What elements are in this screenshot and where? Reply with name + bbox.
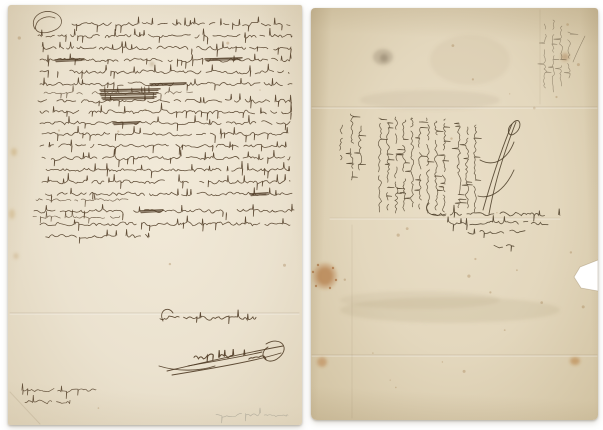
paper-speck	[390, 380, 391, 381]
manuscript-line	[42, 173, 290, 190]
stain-speck	[317, 264, 319, 266]
manuscript-line	[42, 126, 288, 143]
paper-speck	[226, 42, 229, 45]
manuscript-line	[34, 204, 294, 220]
paper-speck	[117, 130, 119, 132]
paper-speck	[467, 275, 470, 278]
docket-line	[452, 123, 467, 208]
docket-signature	[483, 124, 512, 210]
docket-signature	[480, 142, 514, 163]
docket-signature	[489, 122, 516, 214]
docket-line	[354, 126, 366, 170]
manuscript-line	[46, 229, 149, 243]
manuscript-line	[42, 41, 291, 56]
paper-tear	[574, 260, 598, 291]
paper-speck	[509, 93, 510, 94]
manuscript-line	[40, 64, 289, 79]
recto-ink-overlay	[8, 5, 302, 425]
docket-line	[438, 119, 451, 212]
manuscript-line	[40, 140, 290, 155]
stain-speck	[315, 285, 317, 287]
foxing-stain	[150, 62, 154, 66]
paper-speck	[472, 78, 474, 80]
signature-flourish	[263, 341, 284, 361]
dateline	[25, 395, 70, 404]
docket-line	[340, 118, 343, 160]
foxing-stain	[14, 253, 19, 259]
docket-line	[426, 118, 434, 213]
ink-deletion	[140, 210, 163, 211]
paper-speck	[395, 387, 397, 389]
foxing-stain	[11, 148, 17, 156]
corner-note	[573, 36, 585, 62]
paper-speck	[283, 264, 286, 267]
closing-line	[160, 310, 256, 324]
docket-line	[474, 125, 482, 212]
address-line	[468, 229, 525, 238]
paper-speck	[504, 329, 506, 331]
letter-verso-page	[311, 8, 598, 420]
address-line	[494, 245, 514, 252]
foxing-stain	[380, 54, 388, 62]
docket-line	[460, 127, 473, 208]
paper-speck	[18, 36, 21, 39]
paper-speck	[452, 44, 455, 47]
paper-speck	[582, 305, 585, 308]
paper-speck	[489, 291, 491, 293]
paper-speck	[344, 279, 346, 281]
docket-line	[385, 121, 395, 210]
paper-speck	[58, 129, 60, 131]
ink-deletion	[250, 193, 268, 194]
manuscript-line	[42, 149, 290, 167]
stain-speck	[332, 267, 334, 269]
paper-speck	[372, 352, 373, 353]
stain-speck	[335, 279, 337, 281]
paper-speck	[570, 251, 572, 253]
address-flourish	[427, 203, 446, 215]
paper-speck	[496, 212, 497, 213]
paper-speck	[474, 258, 476, 260]
paper-speck	[516, 269, 518, 271]
crease-line	[10, 392, 40, 424]
paper-speck	[169, 263, 171, 265]
ink-deletion	[150, 83, 186, 84]
paper-speck	[577, 63, 580, 66]
verso-ink-overlay	[311, 8, 598, 420]
stain-speck	[312, 271, 314, 273]
foxing-stain	[9, 209, 15, 219]
letter-recto-page	[8, 5, 302, 425]
foxing-stain	[340, 291, 500, 309]
ink-deletion	[55, 59, 84, 60]
paper-speck	[218, 117, 219, 118]
manuscript-line	[36, 194, 128, 207]
manuscript-line	[46, 161, 290, 178]
paper-speck	[442, 361, 443, 362]
photo-stage	[0, 0, 603, 430]
paper-speck	[98, 407, 100, 409]
opening-flourish	[33, 11, 61, 32]
pencil-note	[216, 408, 288, 423]
paper-speck	[259, 89, 260, 90]
ink-deletion	[100, 89, 160, 90]
ink-deletion	[101, 94, 156, 95]
corner-note	[548, 20, 559, 92]
paper-speck	[450, 137, 452, 139]
manuscript-line	[40, 103, 292, 121]
foxing-stain	[430, 35, 510, 85]
paper-speck	[540, 301, 543, 304]
foxing-stain	[317, 357, 327, 367]
paper-speck	[566, 23, 569, 26]
manuscript-line	[72, 17, 290, 33]
docket-line	[396, 120, 410, 211]
docket-line	[414, 122, 428, 209]
ink-deletion	[205, 58, 242, 59]
manuscript-line	[40, 216, 290, 232]
foxing-stain	[570, 357, 580, 365]
docket-line	[378, 118, 388, 212]
ink-deletion	[56, 60, 82, 61]
paper-speck	[406, 227, 409, 230]
stain-speck	[329, 287, 331, 289]
paper-speck	[397, 234, 400, 237]
manuscript-line	[38, 93, 291, 108]
paper-speck	[555, 96, 557, 98]
ink-deletion	[151, 84, 184, 85]
paper-speck	[463, 370, 466, 373]
foxing-stain	[317, 267, 333, 285]
docket-line	[346, 114, 361, 180]
docket-line	[434, 121, 443, 210]
